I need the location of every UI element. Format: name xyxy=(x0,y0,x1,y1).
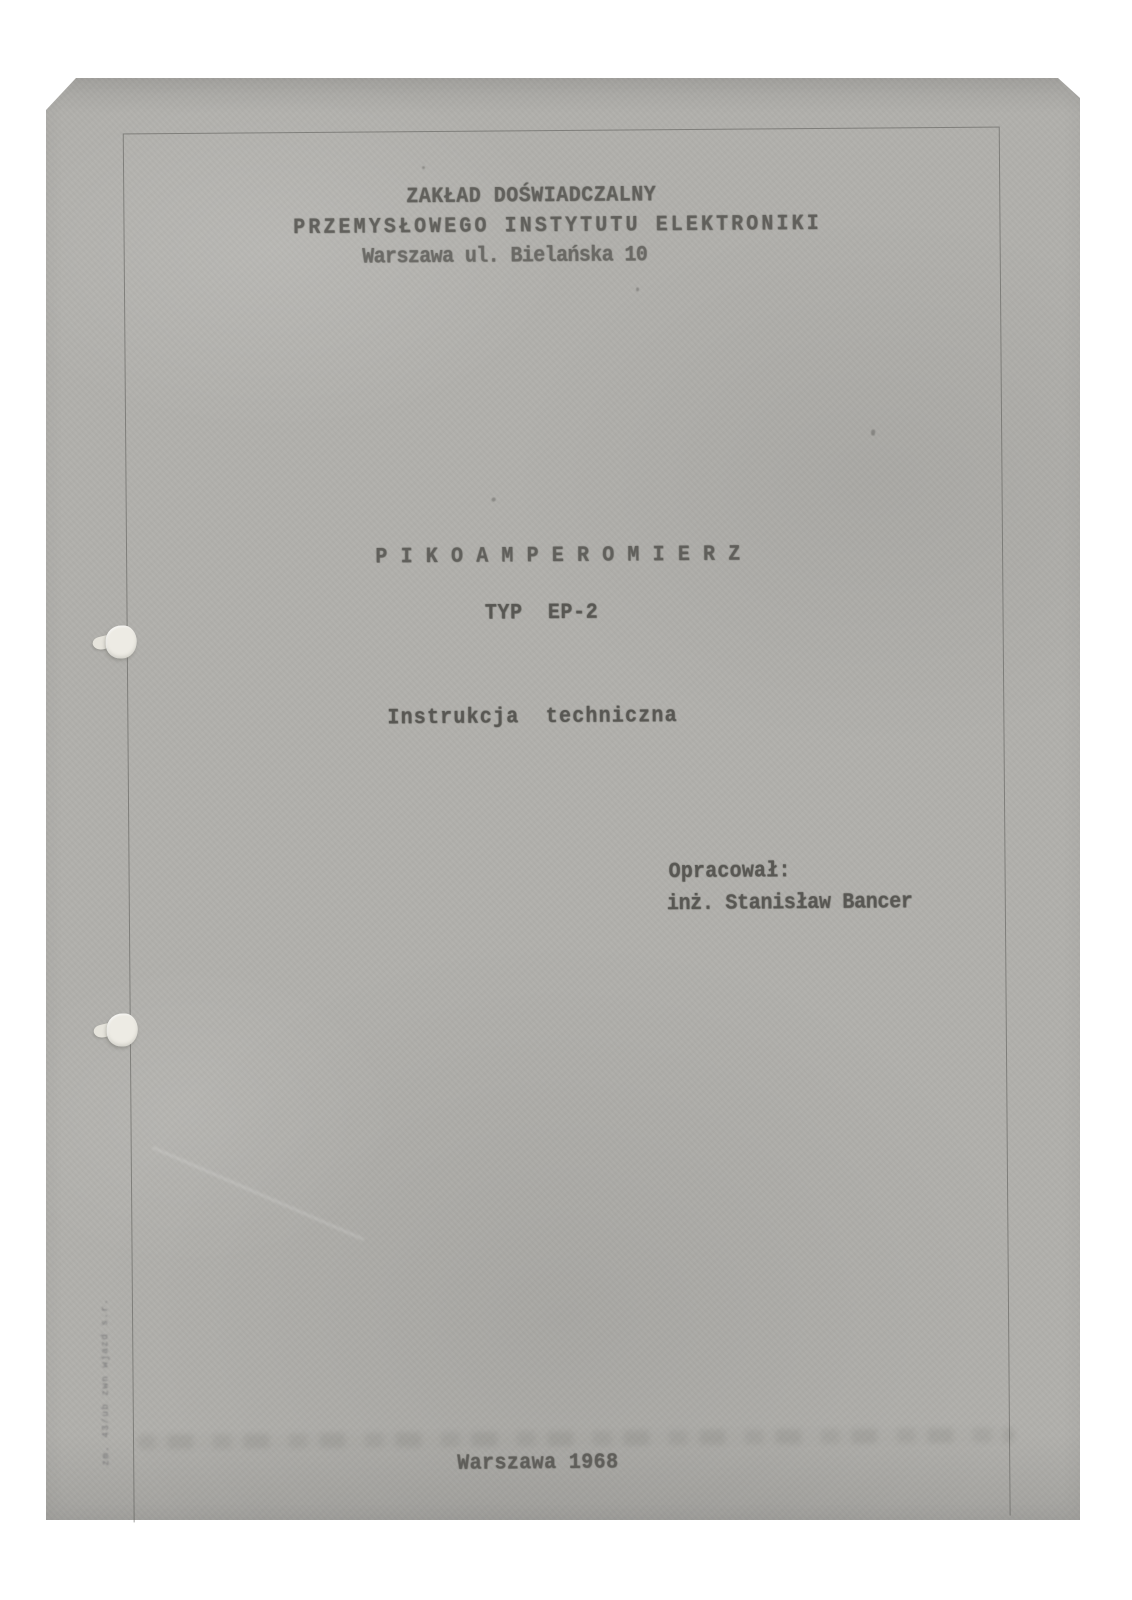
ink-speck xyxy=(422,166,425,169)
margin-printer-note: zm. 43/ub zwn wjazd s.r. xyxy=(100,1254,112,1466)
ink-speck xyxy=(636,287,639,291)
ruled-border-frame xyxy=(123,127,1011,1523)
document-title: P I K O A M P E R O M I E R Z xyxy=(375,542,741,571)
institution-line3: Warszawa ul. Bielańska 10 xyxy=(362,242,647,270)
ink-speck xyxy=(871,430,875,436)
credit-label: Opracował: xyxy=(668,858,790,885)
scan-content-group: ZAKŁAD DOŚWIADCZALNY PRZEMYSŁOWEGO INSTY… xyxy=(0,0,1132,1600)
ink-speck xyxy=(492,498,496,502)
credit-name: inż. Stanisław Bancer xyxy=(667,889,913,917)
scanned-document: ZAKŁAD DOŚWIADCZALNY PRZEMYSŁOWEGO INSTY… xyxy=(0,0,1132,1600)
institution-line1: ZAKŁAD DOŚWIADCZALNY xyxy=(406,182,656,210)
punch-hole-blob xyxy=(106,625,137,658)
punch-hole-blob xyxy=(107,1013,138,1046)
city-year-imprint: Warszawa 1968 xyxy=(457,1450,618,1477)
type-designation: TYP EP-2 xyxy=(485,600,599,627)
institution-line2: PRZEMYSŁOWEGO INSTYTUTU ELEKTRONIKI xyxy=(293,211,822,241)
document-subtitle: Instrukcja techniczna xyxy=(387,703,678,731)
